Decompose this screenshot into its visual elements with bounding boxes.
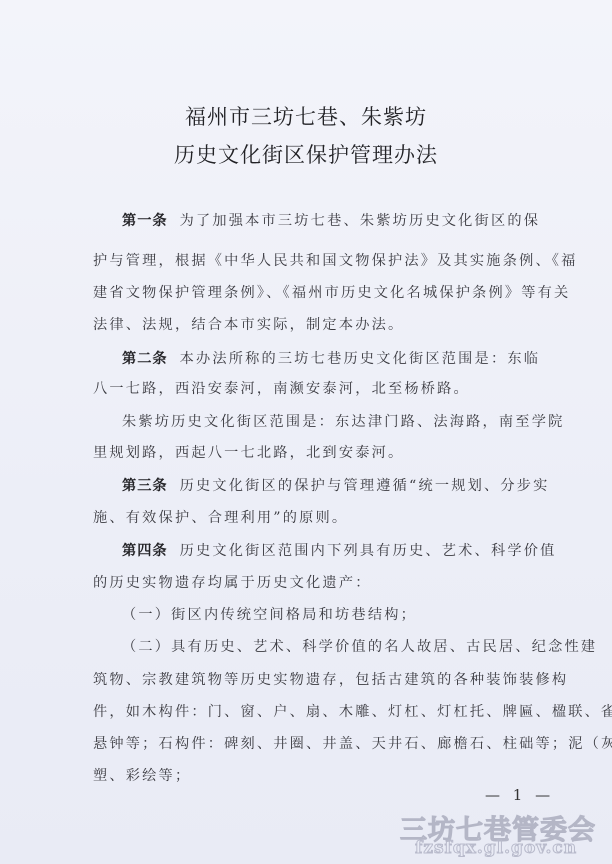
article-3-line-2: 施、有效保护、合理利用”的原则。 <box>93 507 523 527</box>
article-4-line-2: 的历史实物遗存均属于历史文化遗产： <box>93 572 523 592</box>
article-2-line-4: 里规划路，西起八一七北路，北到安泰河。 <box>93 442 523 462</box>
article-2-line-2: 八一七路，西沿安泰河，南濒安泰河，北至杨桥路。 <box>93 378 523 398</box>
article-2-line-1: 第二条本办法所称的三坊七巷历史文化街区范围是：东临 <box>93 348 552 368</box>
document-title-line-1: 福州市三坊七巷、朱紫坊 <box>0 101 612 131</box>
article-heading: 第一条 <box>122 213 168 229</box>
article-4-item-1: （一）街区内传统空间格局和坊巷结构； <box>93 604 552 624</box>
article-heading: 第三条 <box>122 478 168 494</box>
article-4-item-2-line-1: （二）具有历史、艺术、科学价值的名人故居、古民居、纪念性建 <box>93 636 552 656</box>
article-heading: 第四条 <box>122 543 168 559</box>
document-title-line-2: 历史文化街区保护管理办法 <box>0 139 612 169</box>
article-4-item-2-line-3: 件，如木构件：门、窗、户、扇、木雕、灯杠、灯杠托、牌匾、楹联、雀替、 <box>93 701 523 721</box>
article-2-line-3: 朱紫坊历史文化街区范围是：东达津门路、法海路，南至学院 <box>93 411 552 431</box>
article-1-line-4: 法律、法规，结合本市实际，制定本办法。 <box>93 314 523 334</box>
article-4-line-1: 第四条历史文化街区范围内下列具有历史、艺术、科学价值 <box>93 540 552 560</box>
article-3-line-1: 第三条历史文化街区的保护与管理遵循“统一规划、分步实 <box>93 475 552 495</box>
article-1-line-1: 第一条为了加强本市三坊七巷、朱紫坊历史文化街区的保 <box>93 210 552 230</box>
article-4-item-2-line-4: 悬钟等；石构件：碑刻、井圈、井盖、天井石、廊檐石、柱础等；泥（灰） <box>93 733 523 753</box>
article-heading: 第二条 <box>122 351 168 367</box>
watermark-url: fzsfqx.gl.gov.cn <box>415 838 577 858</box>
article-1-line-3: 建省文物保护管理条例》、《福州市历史文化名城保护条例》等有关 <box>93 282 523 302</box>
page-number: — 1 — <box>485 786 554 804</box>
scanned-document-page: 福州市三坊七巷、朱紫坊 历史文化街区保护管理办法 第一条为了加强本市三坊七巷、朱… <box>0 0 612 864</box>
article-1-line-2: 护与管理，根据《中华人民共和国文物保护法》及其实施条例、《福 <box>93 250 523 270</box>
article-4-item-2-line-2: 筑物、宗教建筑物等历史实物遗存，包括古建筑的各种装饰装修构 <box>93 669 523 689</box>
article-4-item-2-line-5: 塑、彩绘等； <box>93 765 523 785</box>
